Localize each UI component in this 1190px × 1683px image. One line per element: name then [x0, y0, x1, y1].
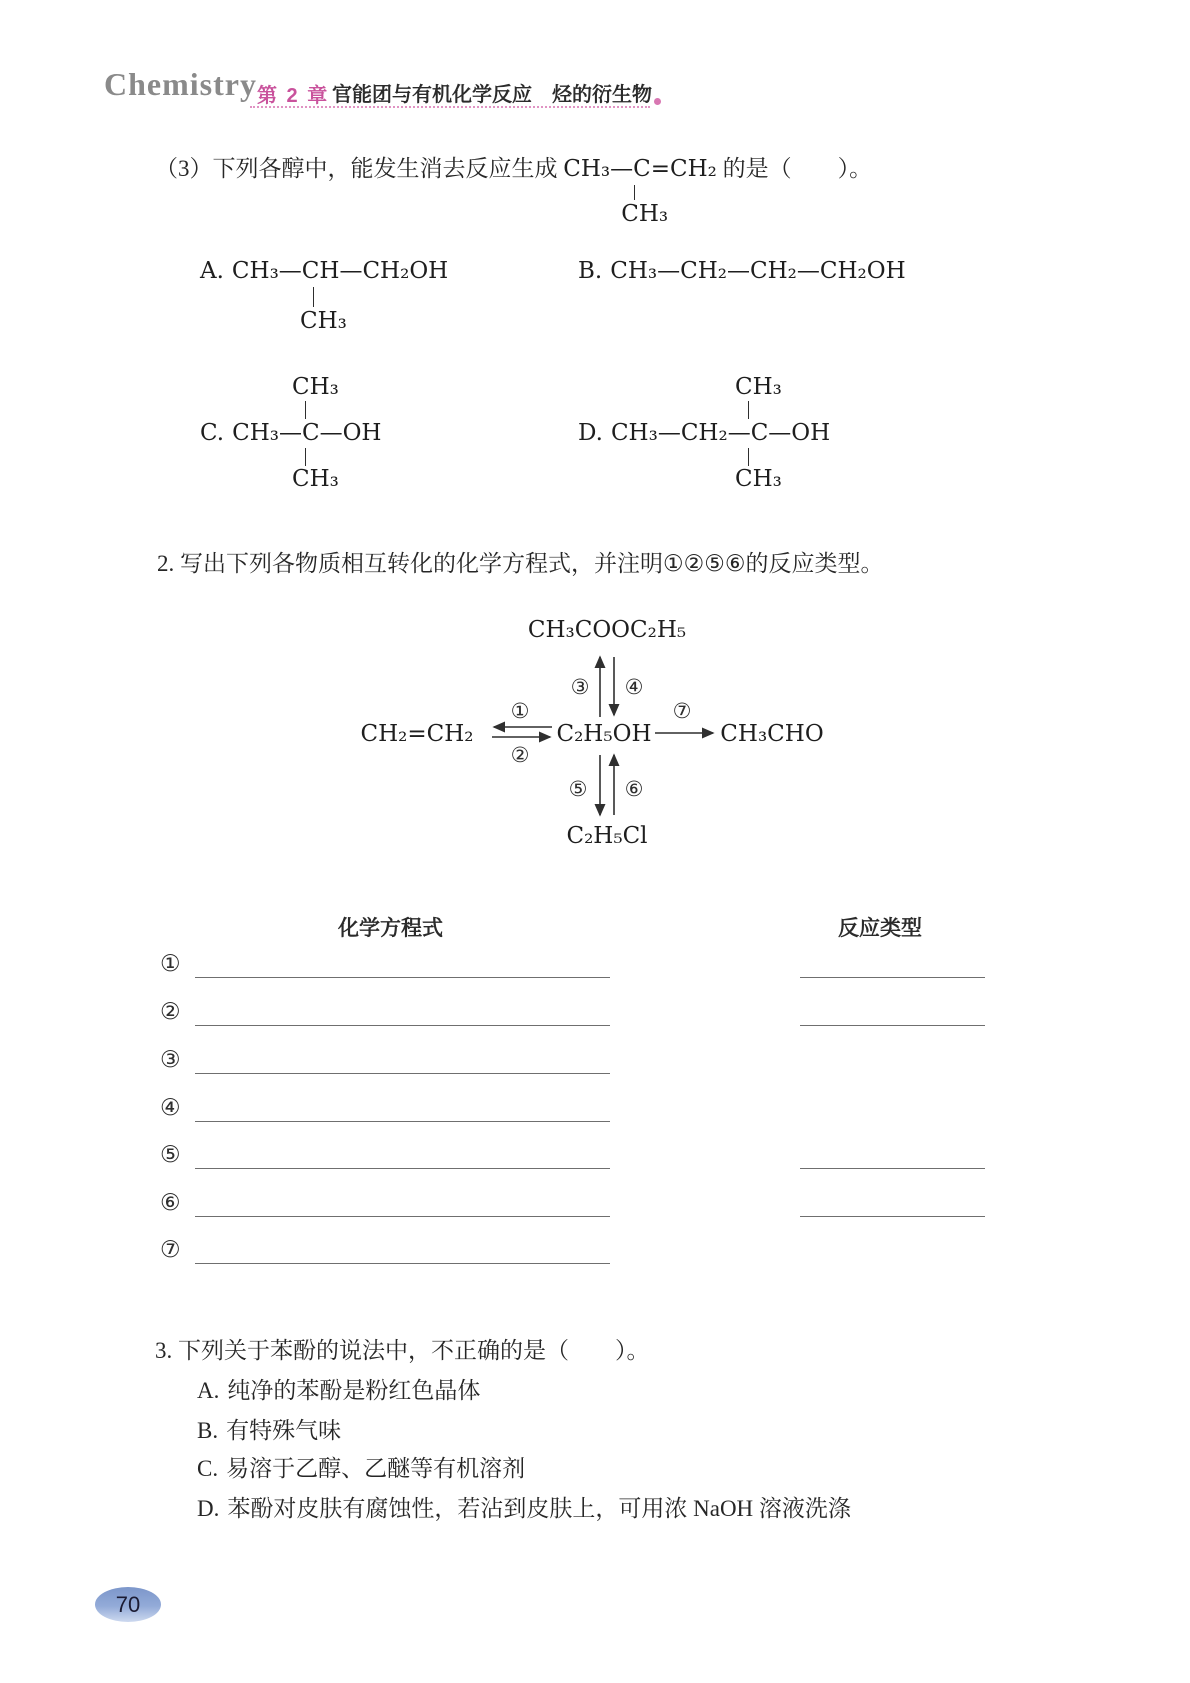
option-a-below: CH₃: [300, 308, 347, 334]
target-structure-main: CH₃—C=CH₂: [563, 156, 717, 182]
table-row-1: ①: [160, 951, 990, 981]
table-header-type: 反应类型: [838, 912, 922, 942]
option-b-label: B.: [578, 258, 602, 284]
option-label: C.: [197, 1456, 218, 1481]
reaction-type-blank: [800, 1190, 985, 1217]
option-c-main: CH₃—C—OH: [232, 420, 381, 446]
target-structure-below: CH₃: [621, 201, 668, 227]
vertical-bond: [313, 287, 314, 307]
formula-ethanol: C₂H₅OH: [556, 721, 651, 747]
table-row-3: ③: [160, 1047, 990, 1077]
step-label-5: ⑤: [569, 777, 588, 801]
option-b-structure: B.CH₃—CH₂—CH₂—CH₂OH: [578, 258, 906, 284]
option-label: A.: [197, 1378, 219, 1403]
row-number: ⑦: [160, 1237, 181, 1263]
question-3-sub-text-before: （3）下列各醇中，能发生消去反应生成: [155, 156, 558, 181]
brand-logo-text: Chemistry: [104, 66, 257, 103]
question-3-option-a: A.纯净的苯酚是粉红色晶体: [197, 1372, 480, 1405]
question-3-sub-text-after: 的是（ ）。: [723, 156, 873, 181]
option-a-label: A.: [200, 258, 224, 284]
option-a-main: CH₃—CH—CH₂OH: [232, 258, 448, 284]
equation-blank: [195, 1190, 610, 1217]
question-3-stem: 3. 下列关于苯酚的说法中，不正确的是（ ）。: [155, 1332, 650, 1365]
option-label: B.: [197, 1418, 218, 1443]
table-row-6: ⑥: [160, 1190, 990, 1220]
table-header-equation: 化学方程式: [338, 912, 443, 942]
step-label-3: ③: [571, 675, 590, 699]
question-3-option-d: D.苯酚对皮肤有腐蚀性，若沾到皮肤上，可用浓 NaOH 溶液洗涤: [197, 1490, 851, 1523]
row-number: ③: [160, 1047, 181, 1073]
option-c-below: CH₃: [292, 466, 339, 492]
vertical-bond: [748, 401, 749, 419]
option-text: 有特殊气味: [226, 1418, 341, 1443]
table-row-2: ②: [160, 999, 990, 1029]
formula-acetaldehyde: CH₃CHO: [720, 721, 823, 747]
formula-ethylene: CH₂=CH₂: [360, 721, 473, 747]
formula-ethyl-acetate: CH₃COOC₂H₅: [528, 617, 686, 643]
question-3-option-c: C.易溶于乙醇、乙醚等有机溶剂: [197, 1450, 525, 1483]
question-3-option-b: B.有特殊气味: [197, 1412, 341, 1445]
table-row-7: ⑦: [160, 1237, 990, 1267]
equation-blank: [195, 1237, 610, 1264]
equation-blank: [195, 999, 610, 1026]
target-structure-isobutylene: CH₃—C=CH₂ CH₃: [563, 156, 717, 186]
row-number: ⑥: [160, 1190, 181, 1216]
page-number: 70: [116, 1592, 140, 1618]
step-label-7: ⑦: [673, 699, 692, 723]
row-number: ⑤: [160, 1142, 181, 1168]
vertical-bond: [634, 185, 635, 200]
option-text: 苯酚对皮肤有腐蚀性，若沾到皮肤上，可用浓 NaOH 溶液洗涤: [227, 1496, 851, 1521]
row-number: ①: [160, 951, 181, 977]
header-end-dot: [654, 98, 661, 105]
equation-blank: [195, 1142, 610, 1169]
option-text: 纯净的苯酚是粉红色晶体: [227, 1378, 480, 1403]
option-a-structure: A.CH₃—CH—CH₂OH CH₃: [200, 258, 448, 284]
question-2-stem: 2. 写出下列各物质相互转化的化学方程式，并注明①②⑤⑥的反应类型。: [157, 545, 883, 578]
header-dotted-divider: [250, 96, 650, 108]
equation-blank: [195, 1095, 610, 1122]
option-c-above: CH₃: [292, 374, 339, 400]
step-label-4: ④: [625, 675, 644, 699]
row-number: ②: [160, 999, 181, 1025]
page-number-badge: 70: [95, 1587, 161, 1622]
conversion-diagram: CH₃COOC₂H₅ CH₂=CH₂ C₂H₅OH CH₃CHO C₂H₅Cl …: [330, 615, 830, 865]
table-row-4: ④: [160, 1095, 990, 1125]
option-c-label: C.: [200, 420, 224, 446]
question-3-sub-stem: （3）下列各醇中，能发生消去反应生成 CH₃—C=CH₂ CH₃ 的是（ ）。: [155, 150, 872, 186]
workbook-page: Chemistry 第 2 章 官能团与有机化学反应 烃的衍生物 （3）下列各醇…: [0, 0, 1190, 1683]
option-d-main: CH₃—CH₂—C—OH: [611, 420, 830, 446]
option-text: 易溶于乙醇、乙醚等有机溶剂: [226, 1456, 525, 1481]
option-d-above: CH₃: [735, 374, 782, 400]
step-label-2: ②: [511, 743, 530, 767]
reaction-type-blank: [800, 951, 985, 978]
formula-chloroethane: C₂H₅Cl: [566, 823, 647, 849]
vertical-bond: [305, 401, 306, 419]
step-label-6: ⑥: [625, 777, 644, 801]
option-label: D.: [197, 1496, 219, 1521]
option-d-label: D.: [578, 420, 603, 446]
option-d-below: CH₃: [735, 466, 782, 492]
reaction-type-blank: [800, 999, 985, 1026]
table-row-5: ⑤: [160, 1142, 990, 1172]
equation-blank: [195, 1047, 610, 1074]
reaction-type-blank: [800, 1142, 985, 1169]
vertical-bond: [305, 448, 306, 466]
vertical-bond: [748, 448, 749, 466]
option-b-main: CH₃—CH₂—CH₂—CH₂OH: [610, 258, 905, 284]
step-label-1: ①: [511, 699, 530, 723]
equation-blank: [195, 951, 610, 978]
row-number: ④: [160, 1095, 181, 1121]
